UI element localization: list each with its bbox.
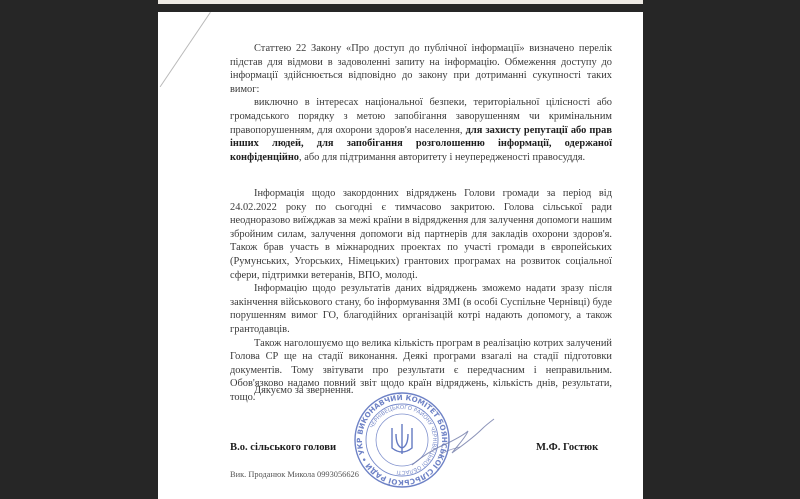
response-block: Інформація щодо закордонних відряджень Г… xyxy=(230,187,612,405)
paragraph-law-article: Статтею 22 Закону «Про доступ до публічн… xyxy=(230,42,612,96)
scan-fold-line xyxy=(160,12,211,87)
signature-name: М.Ф. Гостюк xyxy=(536,442,598,453)
paragraph-results-info: Інформацію щодо результатів даних відряд… xyxy=(230,282,612,336)
executor-contact: Вик. Проданюк Микола 0993056626 xyxy=(230,470,359,479)
paragraph-trips-info: Інформація щодо закордонних відряджень Г… xyxy=(230,187,612,282)
paragraph-restriction-conditions: виключно в інтересах національної безпек… xyxy=(230,96,612,164)
legal-basis-block: Статтею 22 Закону «Про доступ до публічн… xyxy=(230,42,612,164)
document-page: Статтею 22 Закону «Про доступ до публічн… xyxy=(158,12,643,499)
handwritten-signature-icon xyxy=(408,417,498,472)
signature-title: В.о. сільського голови xyxy=(230,442,336,453)
closing-thanks: Дякуємо за звернення. xyxy=(254,385,354,396)
previous-page-edge xyxy=(158,0,643,4)
